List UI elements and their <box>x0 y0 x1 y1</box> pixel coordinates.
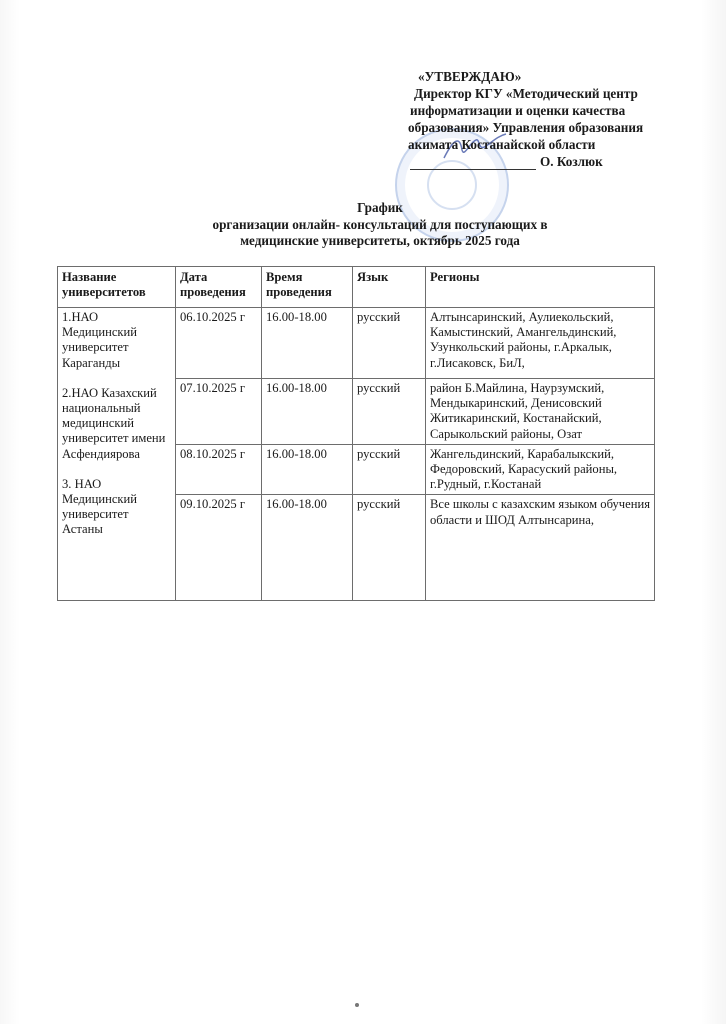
approval-line: акимата Костанайской области <box>408 136 708 153</box>
regions-cell: Все школы с казахским языком обучения об… <box>426 495 655 601</box>
table-header-row: Название университетов Дата проведения В… <box>58 267 655 308</box>
header-language: Язык <box>353 267 426 308</box>
approval-line: информатизации и оценки качества <box>408 102 708 119</box>
regions-cell: район Б.Майлина, Наурзумский, Мендыкарин… <box>426 379 655 445</box>
regions-cell: Алтынсаринский, Аулиекольский, Камыстинс… <box>426 308 655 379</box>
approval-block: «УТВЕРЖДАЮ» Директор КГУ «Методический ц… <box>408 68 708 170</box>
signature-line <box>410 157 536 170</box>
title-subline: организации онлайн- консультаций для пос… <box>160 217 600 234</box>
time-cell: 16.00-18.00 <box>262 379 353 445</box>
scan-speck <box>355 1003 359 1007</box>
header-regions: Регионы <box>426 267 655 308</box>
date-cell: 09.10.2025 г <box>176 495 262 601</box>
approval-line: Директор КГУ «Методический центр <box>408 85 708 102</box>
table-row: 1.НАО Медицинский университет Караганды … <box>58 308 655 379</box>
date-cell: 08.10.2025 г <box>176 444 262 495</box>
language-cell: русский <box>353 495 426 601</box>
university-name: 3. НАО Медицинский университет Астаны <box>62 477 171 538</box>
consultation-schedule-table: Название университетов Дата проведения В… <box>57 266 655 601</box>
header-time: Время проведения <box>262 267 353 308</box>
document-title: График организации онлайн- консультаций … <box>160 200 600 250</box>
header-universities: Название университетов <box>58 267 176 308</box>
time-cell: 16.00-18.00 <box>262 444 353 495</box>
header-date: Дата проведения <box>176 267 262 308</box>
university-name: 2.НАО Казахский национальный медицинский… <box>62 386 171 462</box>
signatory-name: О. Козлюк <box>540 154 603 169</box>
language-cell: русский <box>353 308 426 379</box>
signature-row: О. Козлюк <box>408 153 708 170</box>
universities-cell: 1.НАО Медицинский университет Караганды … <box>58 308 176 601</box>
time-cell: 16.00-18.00 <box>262 308 353 379</box>
date-cell: 07.10.2025 г <box>176 379 262 445</box>
date-cell: 06.10.2025 г <box>176 308 262 379</box>
approval-heading: «УТВЕРЖДАЮ» <box>408 68 708 85</box>
university-name: 1.НАО Медицинский университет Караганды <box>62 310 171 371</box>
time-cell: 16.00-18.00 <box>262 495 353 601</box>
regions-cell: Жангельдинский, Карабалыкский, Федоровск… <box>426 444 655 495</box>
language-cell: русский <box>353 379 426 445</box>
title-heading: График <box>160 200 600 217</box>
approval-line: образования» Управления образования <box>408 119 708 136</box>
language-cell: русский <box>353 444 426 495</box>
title-subline: медицинские университеты, октябрь 2025 г… <box>160 233 600 250</box>
